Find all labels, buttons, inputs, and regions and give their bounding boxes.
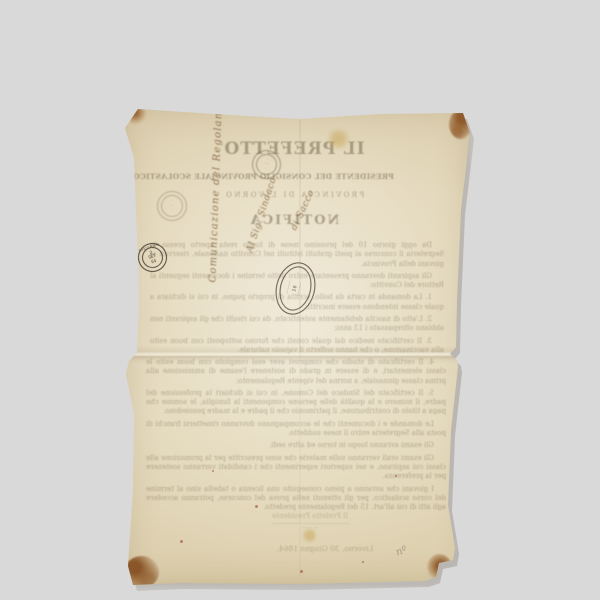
bleed-header: IL PREFETTO PRESIDENTE DEL CONSIGLIO PRO… (194, 134, 394, 228)
photo-background: { "scene": { "background_color": "#d9d9d… (0, 0, 600, 600)
printed-title: IL PREFETTO (194, 138, 394, 160)
stain-top-left (127, 104, 146, 125)
foxing-speck (180, 540, 183, 543)
printed-paragraph: Le domande e i documenti che le accompag… (146, 420, 446, 439)
printed-paragraph: 3. Il certificato medico dal quale const… (150, 337, 444, 356)
stain-yellow-top (325, 129, 352, 149)
foxing-speck (255, 505, 258, 508)
printed-signature-line: Il Prefetto Presidente (250, 512, 370, 521)
stain-bottom-left (124, 556, 159, 588)
printed-paragraph: Gli esami avranno luogo in torno ed altr… (146, 441, 446, 450)
postmark-center-line: · (264, 167, 266, 172)
printed-province-line: PROVINCIA DI LIVORNO (194, 191, 394, 199)
paper-sheet: IL PREFETTO PRESIDENTE DEL CONSIGLIO PRO… (124, 106, 472, 586)
bleed-body-lower: 4. Il certificato di studio che comprovi… (146, 358, 446, 515)
printed-paragraph: 5. Il certificato del Sindaco del Comune… (146, 389, 446, 417)
foxing-speck (212, 470, 214, 472)
foxing-speck (395, 475, 397, 477)
foxing-speck (362, 561, 364, 563)
printed-subtitle: PRESIDENTE DEL CONSIGLIO PROVINCIALE SCO… (194, 172, 394, 181)
stain-yellow-bottom (302, 528, 317, 543)
printed-paragraph: I giovani che avranno a pieno conseguito… (146, 485, 446, 513)
printed-paragraph: 2. L'atto di nascita debitamente autenti… (150, 315, 444, 334)
foxing-speck (300, 570, 303, 573)
document-photo: IL PREFETTO PRESIDENTE DEL CONSIGLIO PRO… (0, 0, 600, 600)
printed-paragraph: Gli esami orali verranno sulle materie c… (146, 454, 446, 482)
postmark-center-line: · (172, 208, 174, 213)
printed-paragraph: 4. Il certificato di studio che comprovi… (146, 358, 446, 386)
postmark-center-line: 64 (151, 259, 157, 265)
